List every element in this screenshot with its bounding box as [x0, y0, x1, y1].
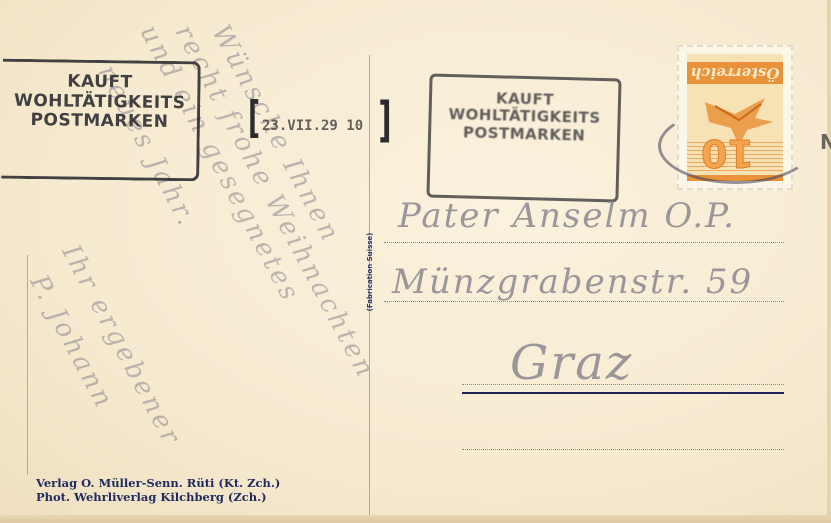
charity-cachet: KAUFT WOHLTÄTIGKEITS POSTMARKEN — [426, 74, 621, 203]
cachet-line: POSTMARKEN — [2, 111, 197, 133]
cachet-line: POSTMARKEN — [431, 123, 617, 145]
margin-rule — [27, 255, 28, 475]
publisher-imprint: Verlag O. Müller-Senn. Rüti (Kt. Zch.) P… — [36, 476, 280, 504]
stamp-country: Österreich — [687, 64, 783, 82]
imprint-line: Verlag O. Müller-Senn. Rüti (Kt. Zch.) — [36, 476, 280, 490]
postmark-bracket-left-icon: [ — [248, 92, 260, 143]
card-edge — [827, 0, 831, 523]
address-street: Münzgrabenstr. 59 — [392, 262, 753, 302]
postmark-edge: N — [820, 130, 831, 154]
address-city: Graz — [510, 335, 633, 391]
postcard-back: Wünsche Ihnen recht frohe Weihnachten un… — [0, 0, 831, 523]
fabrication-label: (Fabrication Suisse) — [362, 212, 378, 332]
address-name: Pater Anselm O.P. — [398, 196, 736, 236]
stamp-designer-text: · · · · · · — [687, 54, 783, 60]
imprint-line: Phot. Wehrliverlag Kilchberg (Zch.) — [36, 490, 280, 504]
postmark-bracket-right-icon: ] — [378, 92, 391, 148]
address-line — [462, 449, 784, 450]
address-underline — [462, 392, 784, 394]
charity-cachet: KAUFT WOHLTÄTIGKEITS POSTMARKEN — [1, 59, 201, 182]
postmark-date: 23.VII.29 10 — [262, 118, 363, 134]
cancellation-mark — [658, 108, 814, 184]
address-line — [384, 242, 784, 243]
